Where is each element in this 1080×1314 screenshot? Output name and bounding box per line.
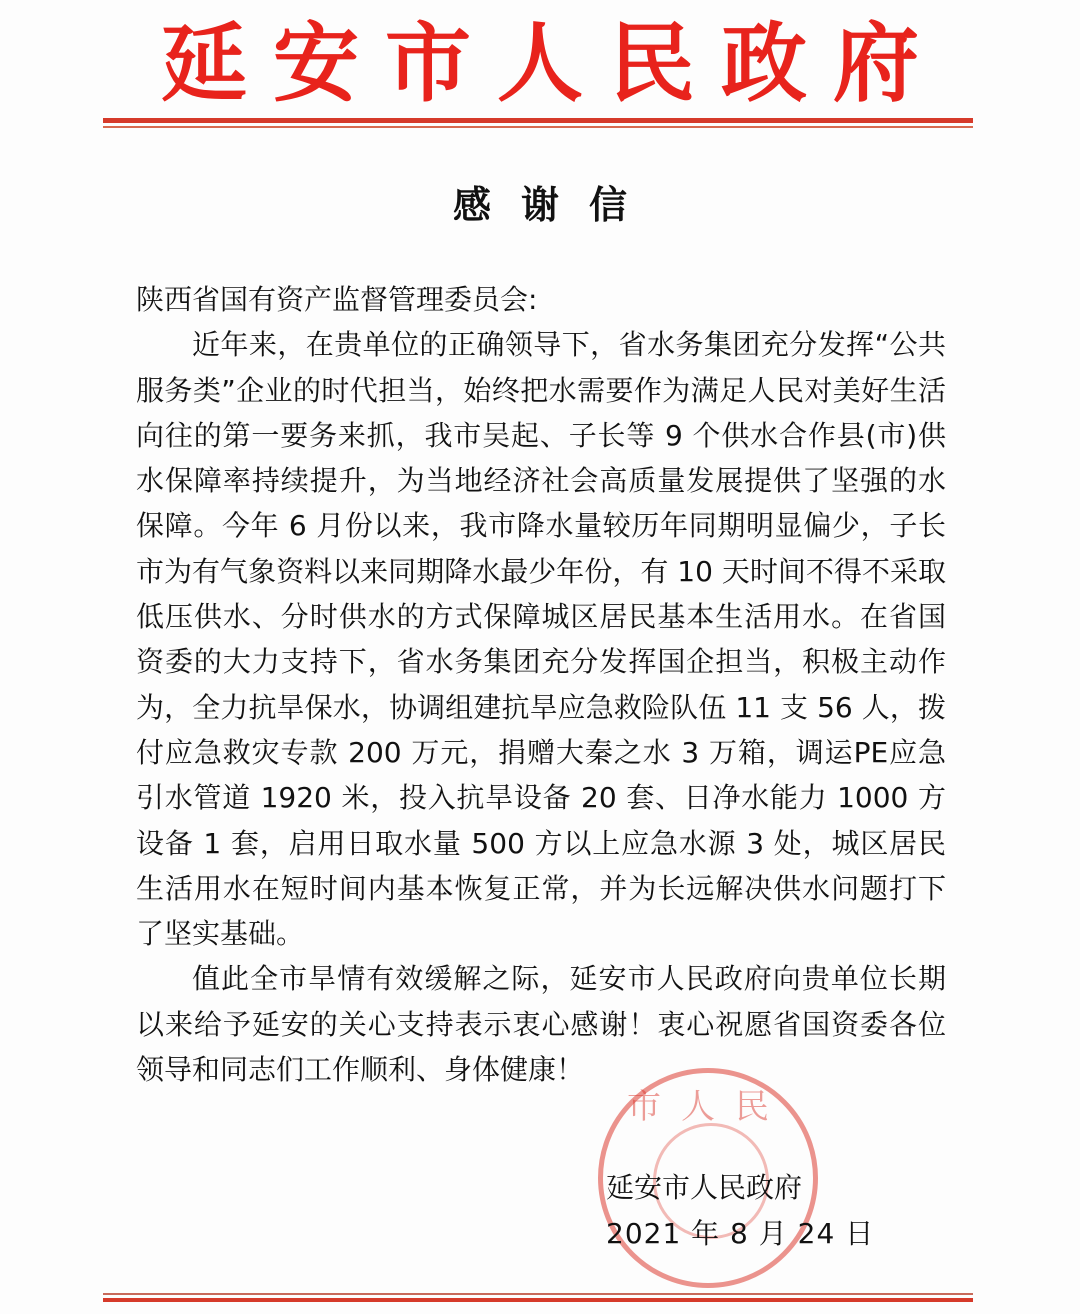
paragraph-1: 近年来，在贵单位的正确领导下，省水务集团充分发挥“公共服务类”企业的时代担当，始… [136, 322, 946, 956]
issuer-header: 延安市人民政府 [0, 14, 1080, 114]
seal-text: 市人民 [603, 1079, 813, 1128]
signature-date: 2021 年 8 月 24 日 [606, 1211, 874, 1257]
salutation: 陕西省国有资产监督管理委员会: [136, 277, 946, 322]
letter-page: 延安市人民政府 感谢信 陕西省国有资产监督管理委员会: 近年来，在贵单位的正确领… [0, 0, 1080, 1314]
letter-body: 陕西省国有资产监督管理委员会: 近年来，在贵单位的正确领导下，省水务集团充分发挥… [136, 277, 946, 1092]
footer-rule-thick [103, 1298, 973, 1302]
paragraph-2: 值此全市旱情有效缓解之际，延安市人民政府向贵单位长期以来给予延安的关心支持表示衷… [136, 956, 946, 1092]
letter-title: 感谢信 [0, 180, 1080, 230]
signature-block: 延安市人民政府 2021 年 8 月 24 日 [606, 1165, 874, 1257]
header-rule-thick [103, 118, 973, 123]
signature-name: 延安市人民政府 [606, 1165, 874, 1211]
footer-rule-thin [103, 1293, 973, 1295]
header-rule-thin [103, 126, 973, 128]
